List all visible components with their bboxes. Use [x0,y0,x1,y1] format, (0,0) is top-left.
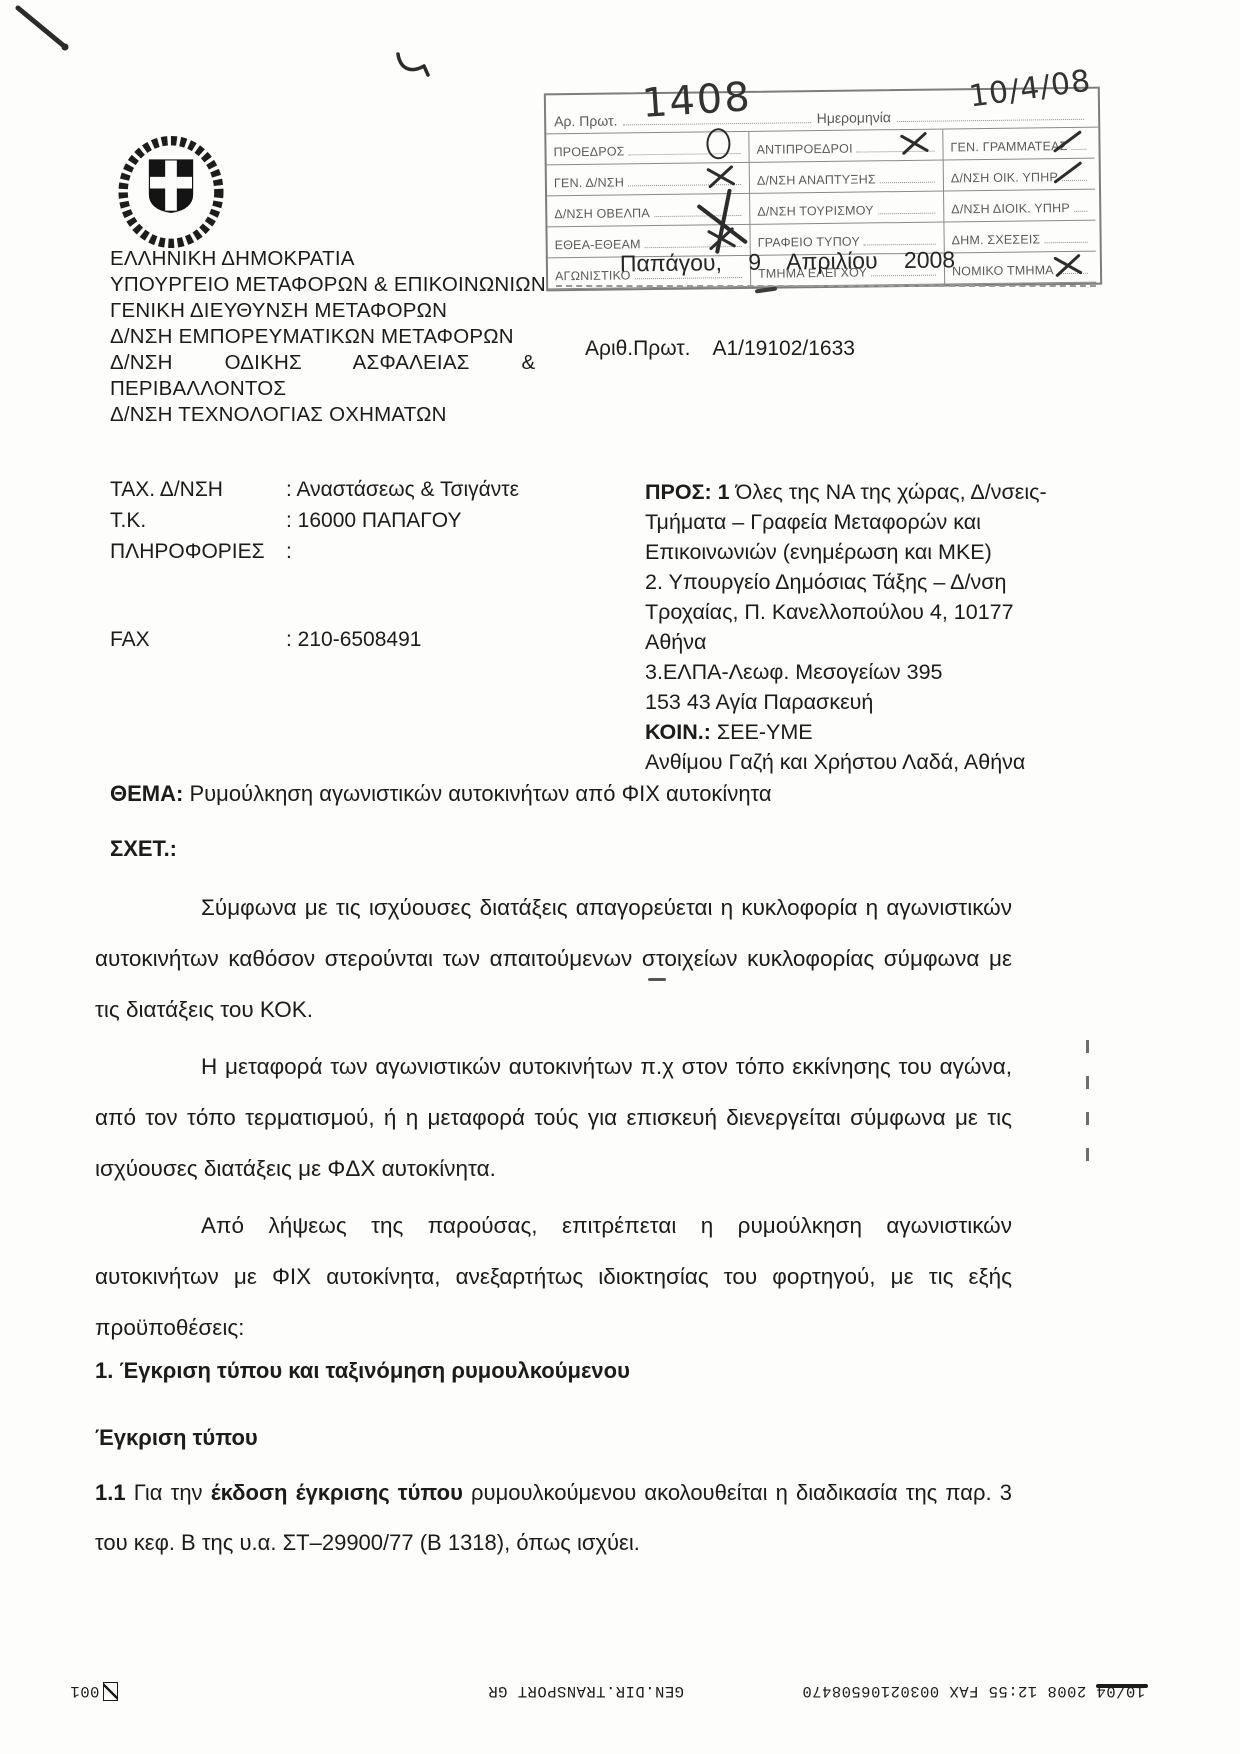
contact-row: ΤΑΧ. Δ/ΝΣΗ: Αναστάσεως & Τσιγάντε [110,478,590,509]
stamp-cell: Δ/ΝΣΗ ΟΙΚ. ΥΠΗΡ [944,159,1095,192]
section1-subheading: Έγκριση τύπου [95,1425,258,1451]
stamp-cell-label: Δ/ΝΣΗ ΑΝΑΠΤΥΞΗΣ [757,172,876,187]
recipient-line: 2. Υπουργείο Δημόσιας Τάξης – Δ/νση [645,567,1123,597]
fax-page-icon [103,1682,118,1701]
agency-line: ΓΕΝΙΚΗ ΔΙΕΥΘΥΝΣΗ ΜΕΤΑΦΟΡΩΝ [110,298,590,324]
stamp-cell: Δ/ΝΣΗ ΔΙΟΙΚ. ΥΠΗΡ [944,190,1095,223]
dotted-leader [1044,241,1087,244]
contact-row: Τ.Κ.: 16000 ΠΑΠΑΓΟΥ [110,509,590,540]
scanned-letter-page: ΕΛΛΗΝΙΚΗ ΔΗΜΟΚΡΑΤΙΑ ΥΠΟΥΡΓΕΙΟ ΜΕΤΑΦΟΡΩΝ … [0,0,1240,1754]
dashed-line-artifact [556,285,1096,287]
stamp-cell: ΠΡΟΕΔΡΟΣ [546,132,749,165]
agency-line: ΠΕΡΙΒΑΛΛΟΝΤΟΣ [110,376,590,402]
subject-line: ΘΕΜΑ: Ρυμούλκηση αγωνιστικών αυτοκινήτων… [110,781,772,807]
contact-value: : 16000 ΠΑΠΑΓΟΥ [286,509,461,533]
recipients-block: ΠΡΟΣ: 1 Όλες της ΝΑ της χώρας, Δ/νσεις- … [645,477,1123,777]
dotted-leader [878,212,935,215]
stamp-cell-label: Δ/ΝΣΗ ΟΙΚ. ΥΠΗΡ [951,170,1058,185]
recipient-line: ΠΡΟΣ: 1 Όλες της ΝΑ της χώρας, Δ/νσεις- [645,477,1123,507]
margin-tick [1086,1076,1089,1089]
fax-page-number: 001 [70,1683,99,1701]
stamp-cell-label: ΑΝΤΙΠΡΟΕΔΡΟΙ [756,142,852,157]
pen-squiggle-top-center [392,48,440,84]
dotted-leader [1074,210,1087,212]
recipient-line: 3.ΕΛΠΑ-Λεωφ. Μεσογείων 395 [645,657,1123,687]
dotted-leader [880,181,935,184]
subject-label: ΘΕΜΑ: [110,781,183,806]
pen-dash-artifact [648,978,666,981]
item-text-pre: Για την [126,1480,211,1505]
cc-address-line: Ανθίμου Γαζή και Χρήστου Λαδά, Αθήνα [645,747,1123,777]
dotted-leader [645,245,742,248]
stamp-cell-label: ΝΟΜΙΚΟ ΤΜΗΜΑ [952,263,1054,278]
recipient-line: Τροχαίας, Π. Κανελλοπούλου 4, 10177 [645,597,1123,627]
margin-tick [1086,1040,1089,1053]
stamp-cell-label: Δ/ΝΣΗ ΤΟΥΡΙΣΜΟΥ [757,203,874,218]
agency-line: Δ/ΝΣΗ ΕΜΠΟΡΕΥΜΑΤΙΚΩΝ ΜΕΤΑΦΟΡΩΝ [110,324,590,350]
margin-tick [1086,1112,1089,1125]
item-text-bold: έκδοση έγκρισης τύπου [211,1480,463,1505]
dotted-leader [654,214,741,217]
recipient-line: Τμήματα – Γραφεία Μεταφορών και [645,507,1123,537]
agency-line: ΥΠΟΥΡΓΕΙΟ ΜΕΤΑΦΟΡΩΝ & ΕΠΙΚΟΙΝΩΝΙΩΝ [110,272,590,298]
contact-label: ΠΛΗΡΟΦΟΡΙΕΣ [110,540,286,564]
pen-stroke-top-left [8,2,78,57]
contact-label: Τ.Κ. [110,509,286,533]
stamp-cell: ΔΗΜ. ΣΧΕΣΕΙΣ [944,221,1095,254]
dotted-leader [628,183,741,186]
margin-tick [1086,1148,1089,1161]
stamp-cell-label: ΓΕΝ. Δ/ΝΣΗ [554,175,624,190]
body-paragraph: Από λήψεως της παρούσας, επιτρέπεται η ρ… [95,1200,1012,1353]
fax-transmission-banner: 10/04 2008 12:55 FAX 00302106508470 GEN.… [70,1682,1145,1701]
contact-value: : Αναστάσεως & Τσιγάντε [286,478,519,502]
recipient-line: Επικοινωνιών (ενημέρωση και ΜΚΕ) [645,537,1123,567]
recipient-line: Αθήνα [645,627,1123,657]
contact-block: ΤΑΧ. Δ/ΝΣΗ: Αναστάσεως & Τσιγάντε Τ.Κ.: … [110,478,590,659]
stamp-cell-label: Δ/ΝΣΗ ΟΒΕΛΠΑ [554,206,650,221]
protocol-value: Α1/19102/1633 [712,337,854,360]
stamp-cell: ΝΟΜΙΚΟ ΤΜΗΜΑ [945,252,1096,285]
stamp-cell-label: ΔΗΜ. ΣΧΕΣΕΙΣ [952,232,1041,247]
dotted-leader [1058,272,1088,274]
stamp-cell: Δ/ΝΣΗ ΤΟΥΡΙΣΜΟΥ [750,192,944,225]
body-paragraph: Σύμφωνα με τις ισχύουσες διατάξεις απαγο… [95,882,1012,1035]
to-label: ΠΡΟΣ: 1 [645,480,730,504]
cc-label: ΚΟΙΝ.: [645,720,711,744]
cc-line: ΚΟΙΝ.: ΣΕΕ-ΥΜΕ [645,717,1123,747]
letter-date-line: Παπάγου, 9 Απριλίου 2008 [620,246,956,277]
stamp-cell: Δ/ΝΣΗ ΑΝΑΠΤΥΞΗΣ [750,161,944,194]
dotted-leader [1072,148,1087,150]
dotted-leader [1062,179,1087,181]
stamp-date-label: Ημερομηνία [817,109,891,126]
handwritten-protocol-number: 1408 [641,74,754,127]
agency-line: Δ/ΝΣΗ ΤΕΧΝΟΛΟΓΙΑΣ ΟΧΗΜΑΤΩΝ [110,402,590,428]
section1-item: 1.1 Για την έκδοση έγκρισης τύπου ρυμουλ… [95,1468,1012,1568]
recipient-line: 153 43 Αγία Παρασκευή [645,687,1123,717]
stamp-cell-label: ΠΡΟΕΔΡΟΣ [553,144,624,159]
contact-label: ΤΑΧ. Δ/ΝΣΗ [110,478,286,502]
agency-line: Δ/ΝΣΗ ΟΔΙΚΗΣ ΑΣΦΑΛΕΙΑΣ & [110,350,590,376]
protocol-number-line: Αριθ.Πρωτ.Α1/19102/1633 [585,337,855,361]
stamp-cell-label: ΓΕΝ. ΓΡΑΜΜΑΤΕΑΣ [950,139,1067,154]
to-first-line: Όλες της ΝΑ της χώρας, Δ/νσεις- [730,480,1047,504]
reference-label: ΣΧΕΤ.: [110,836,177,862]
protocol-label: Αριθ.Πρωτ. [585,337,690,360]
fax-page-group: 001 [70,1682,118,1701]
subject-text: Ρυμούλκηση αγωνιστικών αυτοκινήτων από Φ… [183,781,771,806]
agency-line: ΕΛΛΗΝΙΚΗ ΔΗΜΟΚΡΑΤΙΑ [110,246,590,272]
agency-header: ΕΛΛΗΝΙΚΗ ΔΗΜΟΚΡΑΤΙΑ ΥΠΟΥΡΓΕΙΟ ΜΕΤΑΦΟΡΩΝ … [110,246,590,428]
dotted-leader [629,152,741,155]
hellenic-coat-of-arms [112,136,230,248]
contact-label: FAX [110,628,286,652]
stamp-cell: ΓΕΝ. ΓΡΑΜΜΑΤΕΑΣ [943,128,1094,161]
body-paragraph: Η μεταφορά των αγωνιστικών αυτοκινήτων π… [95,1041,1012,1194]
stamp-cell: ΓΕΝ. Δ/ΝΣΗ [547,163,750,196]
letter-body: Σύμφωνα με τις ισχύουσες διατάξεις απαγο… [95,882,1012,1359]
contact-value: : [286,540,292,564]
stamp-cell: Δ/ΝΣΗ ΟΒΕΛΠΑ [547,194,750,227]
stamp-protocol-label: Αρ. Πρωτ. [554,113,618,130]
item-number: 1.1 [95,1480,126,1505]
stamp-cell-label: Δ/ΝΣΗ ΔΙΟΙΚ. ΥΠΗΡ [951,201,1070,216]
stamp-cell: ΑΝΤΙΠΡΟΕΔΡΟΙ [749,130,943,163]
registry-stamp: Αρ. Πρωτ. Ημερομηνία ΠΡΟΕΔΡΟΣ ΑΝΤΙΠΡΟΕΔΡ… [544,87,1102,292]
contact-row: ΠΛΗΡΟΦΟΡΙΕΣ: [110,540,590,571]
fax-banner-stroke [1096,1684,1148,1688]
contact-value: : 210-6508491 [286,628,421,652]
dotted-leader [864,243,936,246]
fax-timestamp: 10/04 2008 12:55 FAX 00302106508470 [802,1683,1145,1701]
fax-sender-id: GEN.DIR.TRANSPORT GR [488,1683,684,1701]
dotted-leader [857,150,935,153]
dotted-leader [897,118,1084,122]
section1-heading: 1. Έγκριση τύπου και ταξινόμηση ρυμουλκο… [95,1358,630,1384]
contact-row-fax: FAX: 210-6508491 [110,628,590,659]
cc-value: ΣΕΕ-ΥΜΕ [711,720,813,744]
